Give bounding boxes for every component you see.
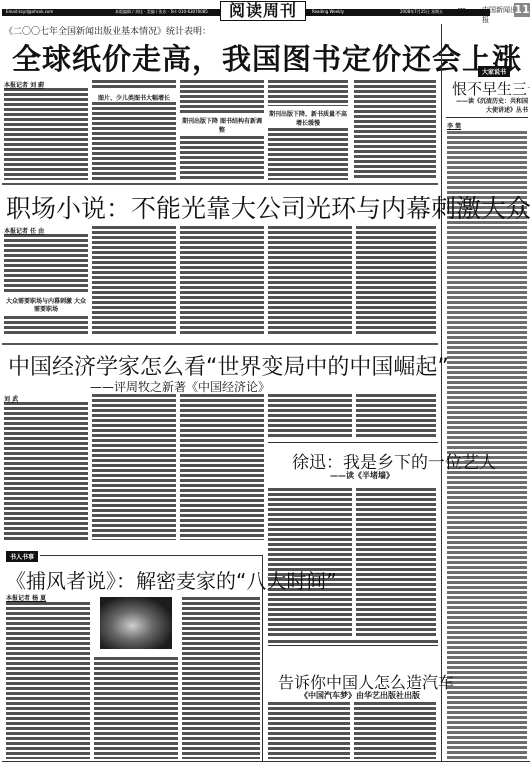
china-car-rule xyxy=(268,645,438,646)
workplace-novel-text-col2 xyxy=(92,226,176,336)
paper-price-text-col1 xyxy=(4,88,88,180)
section-divider xyxy=(2,183,438,185)
section-title: 阅读周刊 xyxy=(220,1,306,21)
xu-xun-text-col2 xyxy=(356,488,436,638)
mai-jia-text-col1 xyxy=(6,602,90,759)
paper-price-text-col5 xyxy=(354,80,436,180)
xu-xun-text-col1 xyxy=(268,488,352,638)
mai-jia-headline: 《捕风者说》：解密麦家的“八大时间” xyxy=(6,565,337,594)
china-car-subhead: 《中国汽车梦》由华艺出版社出版 xyxy=(300,690,420,701)
paper-price-text-col2a xyxy=(92,80,176,90)
masthead-date: 2008年7月25日 星期五 xyxy=(400,8,443,16)
masthead-email: Email:ksyd@xhsxk.com xyxy=(6,8,53,16)
china-economist-text-col4 xyxy=(268,394,352,438)
china-economist-text-col5 xyxy=(356,394,436,438)
sidebar-headline: 恨不早生三十年 xyxy=(452,78,530,99)
mai-jia-rule xyxy=(40,555,262,556)
workplace-novel-text-col5 xyxy=(356,226,436,336)
page-number: 11 xyxy=(514,3,530,17)
sidebar-rule xyxy=(446,117,528,118)
sidebar-tag: 大家说书 xyxy=(478,66,510,77)
mai-jia-byline: 本报记者 杨 夏 xyxy=(6,593,46,602)
sidebar-byline: 李 简 xyxy=(447,121,461,130)
workplace-novel-crosshead: 大众需要职场与内幕刺激 大众需要职场 xyxy=(4,298,88,314)
china-economist-subhead: ——评周牧之新著《中国经济论》 xyxy=(90,378,270,395)
china-economist-text-col3 xyxy=(180,394,264,540)
paper-price-text-col3a xyxy=(180,80,264,114)
masthead-editors: 本版编辑 / 刘佳 · 美编 / 张东 · Tel: 010-63070085 xyxy=(115,8,208,16)
page-bottom-rule xyxy=(2,761,530,762)
workplace-novel-text-col1b xyxy=(4,316,88,336)
xu-xun-text-tail xyxy=(268,640,438,644)
xu-xun-subhead: ——读《半堵墙》 xyxy=(330,470,394,481)
china-car-text-col2 xyxy=(354,702,436,759)
paper-price-crosshead-1: 图片、少儿类图书大幅增长 xyxy=(92,93,176,102)
china-economist-text-col2 xyxy=(92,394,176,540)
author-photo xyxy=(100,597,172,649)
paper-price-text-col4a xyxy=(268,80,348,106)
sidebar-divider xyxy=(441,24,442,761)
xu-xun-headline: 徐迅：我是乡下的一位艺人 xyxy=(292,448,496,473)
decorative-slashes-icon: \\\\\ xyxy=(458,7,466,15)
china-car-text-col1 xyxy=(268,702,350,759)
workplace-novel-text-col3 xyxy=(180,226,264,336)
mai-jia-text-col2 xyxy=(94,657,178,759)
paper-price-text-col3b xyxy=(180,136,264,180)
mai-jia-text-col3 xyxy=(182,597,260,759)
china-economist-text-col1 xyxy=(4,402,88,540)
paper-price-text-col4b xyxy=(268,128,348,180)
paper-price-text-col2b xyxy=(92,102,176,180)
sidebar-text xyxy=(447,131,527,759)
paper-price-kicker: 《二〇〇七年全国新闻出版业基本情况》统计表明： xyxy=(4,24,211,37)
sidebar-subhead: ——读《沉渣历史：共和国大使讲述》丛书 xyxy=(452,97,528,115)
masthead-english-title: Reading Weekly xyxy=(312,8,344,16)
paper-price-headline: 全球纸价走高，我国图书定价还会上涨 xyxy=(12,37,522,78)
mai-jia-section-tag: 书人书事 xyxy=(6,551,38,562)
paper-price-crosshead-3: 期刊出版下降、新书质量不高 增长缓慢 xyxy=(268,110,348,128)
masthead: Email:ksyd@xhsxk.com 本版编辑 / 刘佳 · 美编 / 张东… xyxy=(0,0,530,22)
workplace-novel-text-col4 xyxy=(268,226,352,336)
workplace-novel-headline: 职场小说：不能光靠大公司光环与内幕刺激大众好奇心 xyxy=(6,189,530,225)
xu-xun-rule xyxy=(268,442,438,443)
paper-price-crosshead-2: 期刊出版下降 图书结构有新调整 xyxy=(180,117,264,135)
china-economist-headline: 中国经济学家怎么看“世界变局中的中国崛起” xyxy=(8,350,449,381)
workplace-novel-text-col1a xyxy=(4,234,88,294)
section-divider xyxy=(2,343,438,345)
